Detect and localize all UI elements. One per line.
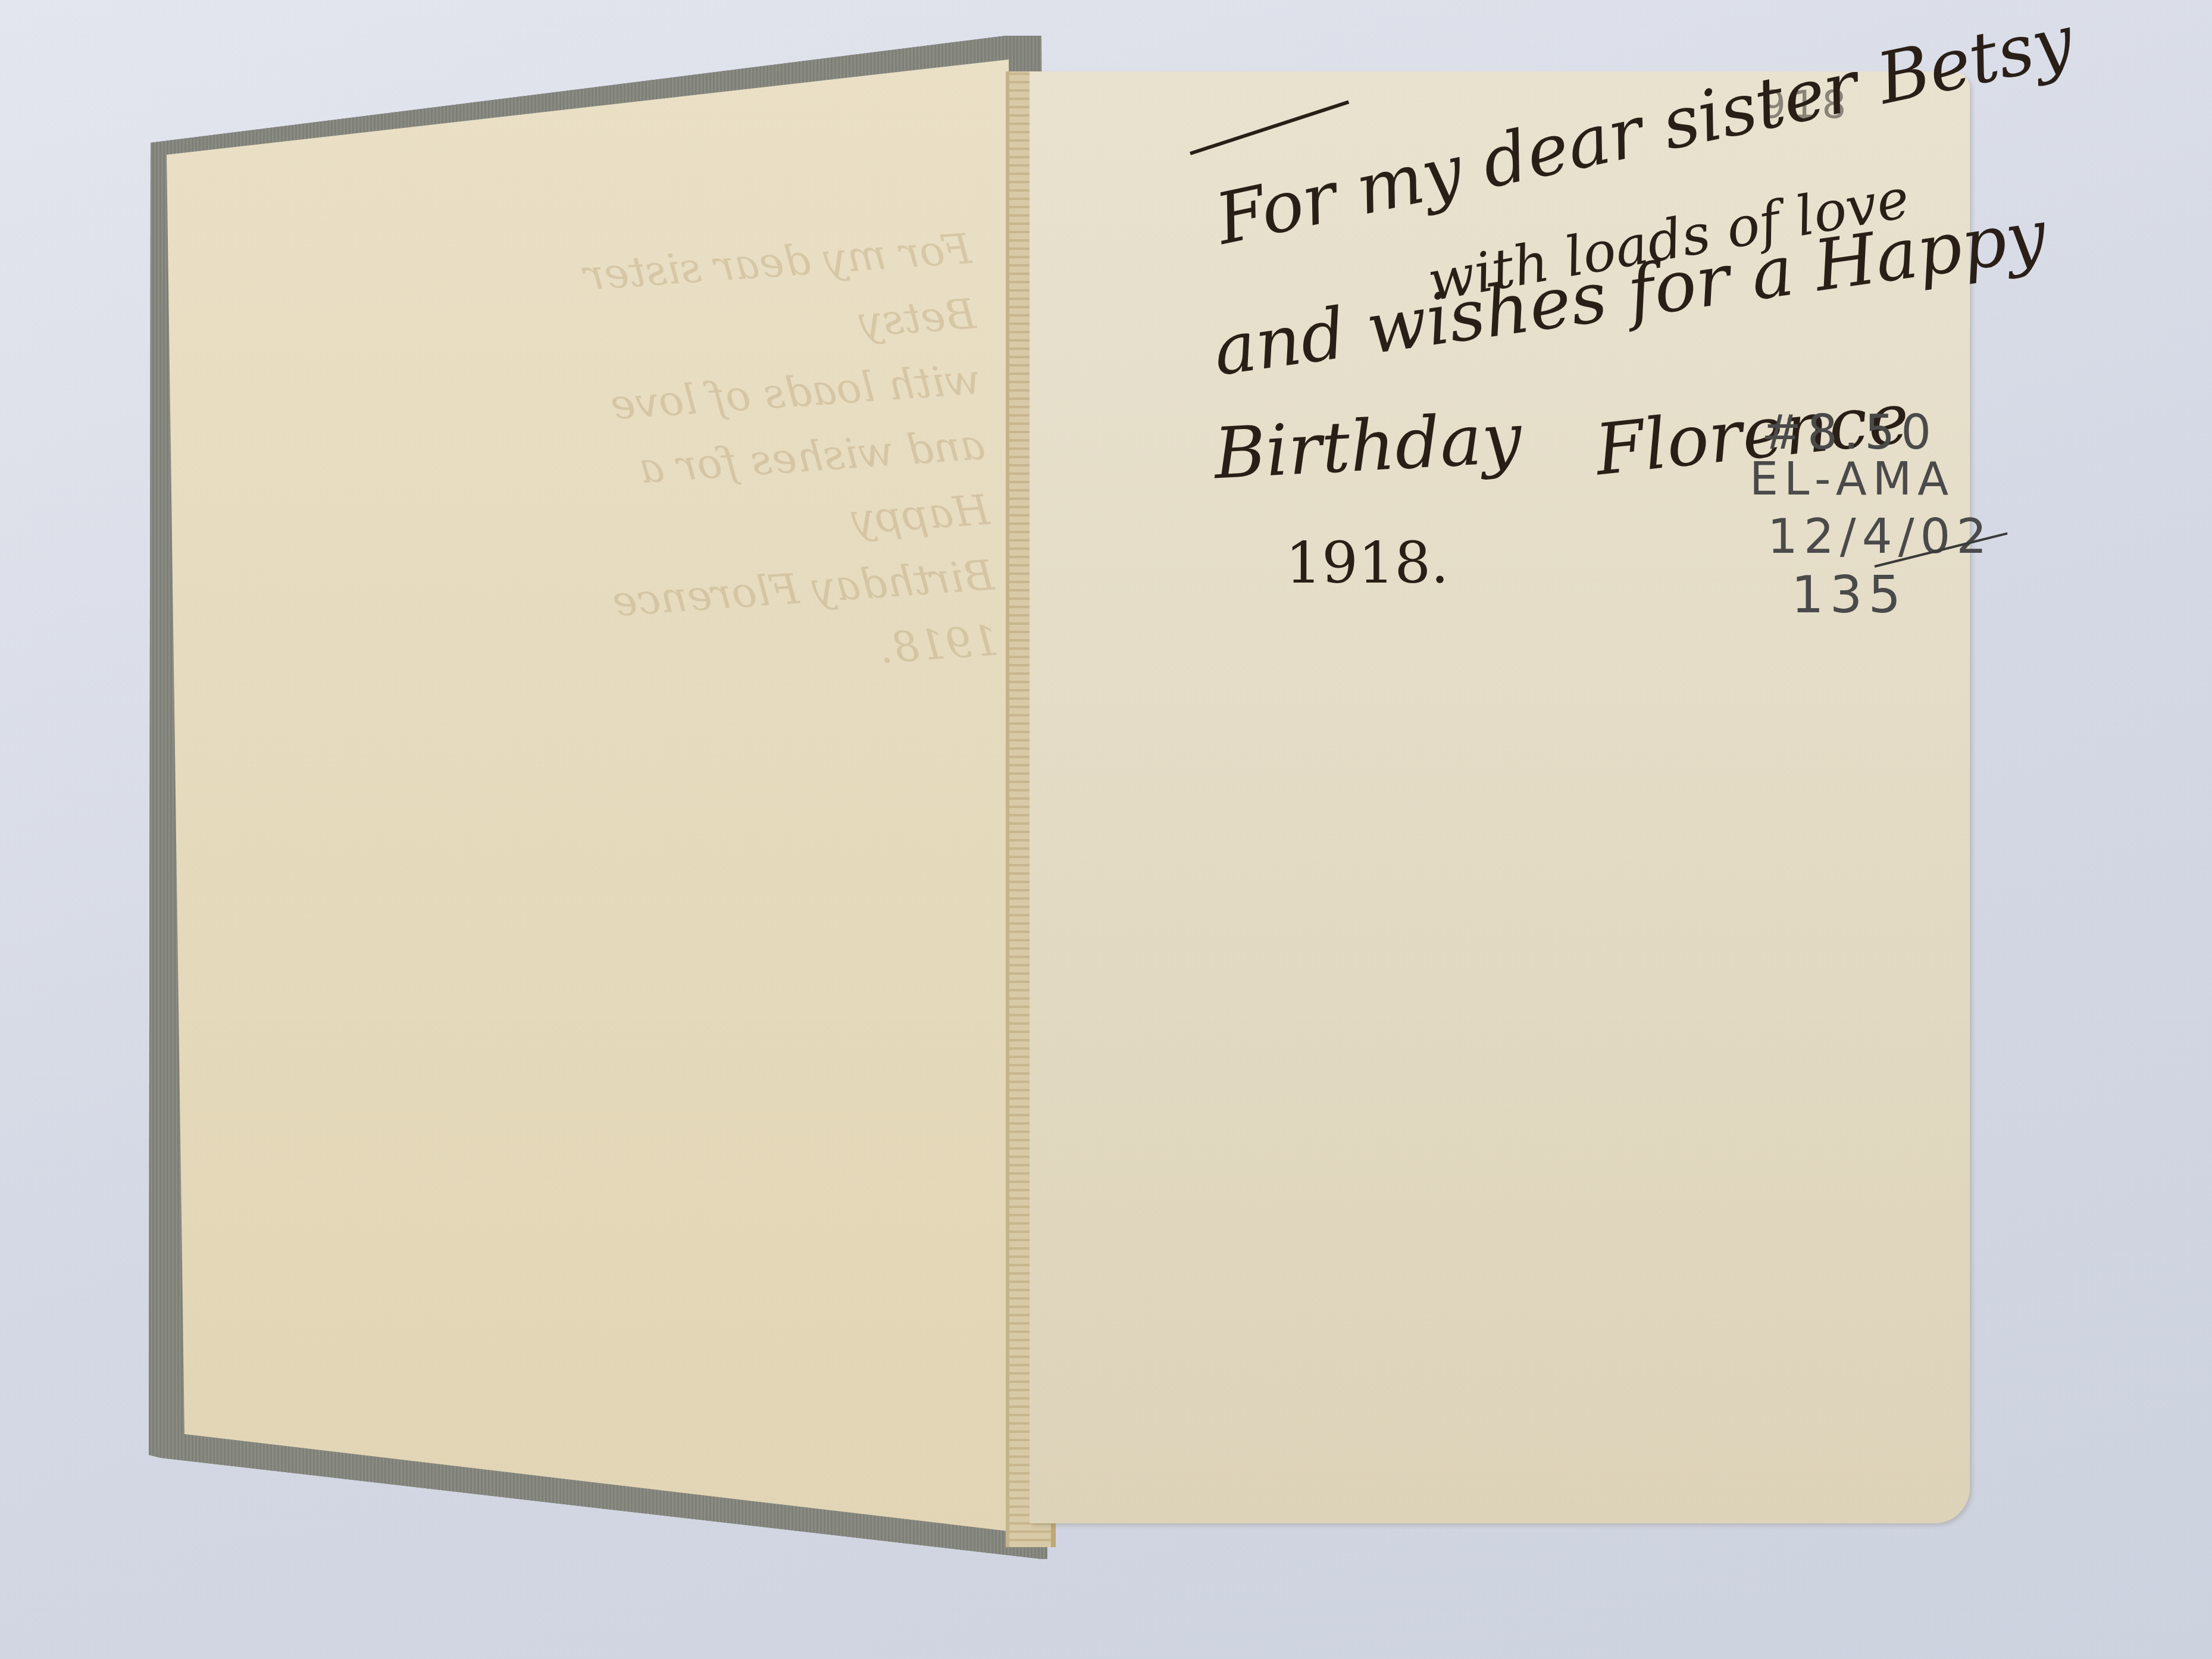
pencil-code: EL-AMA — [1750, 452, 1954, 505]
pen-stroke-mark — [1190, 101, 1349, 155]
pencil-date: 12/4/02 — [1767, 509, 1992, 564]
pencil-number: 135 — [1791, 565, 1907, 625]
free-endpaper: 918 For my dear sister Betsy with loads … — [1030, 71, 1970, 1523]
inscription-line-4: Birthday — [1212, 397, 1523, 495]
inscription-year: 1918. — [1285, 530, 1449, 596]
front-board: For my dear sister Betsy with loads of l… — [149, 36, 1047, 1559]
ink-offset-ghost: For my dear sister Betsy with loads of l… — [494, 216, 994, 605]
book-photo: For my dear sister Betsy with loads of l… — [0, 0, 2212, 1659]
